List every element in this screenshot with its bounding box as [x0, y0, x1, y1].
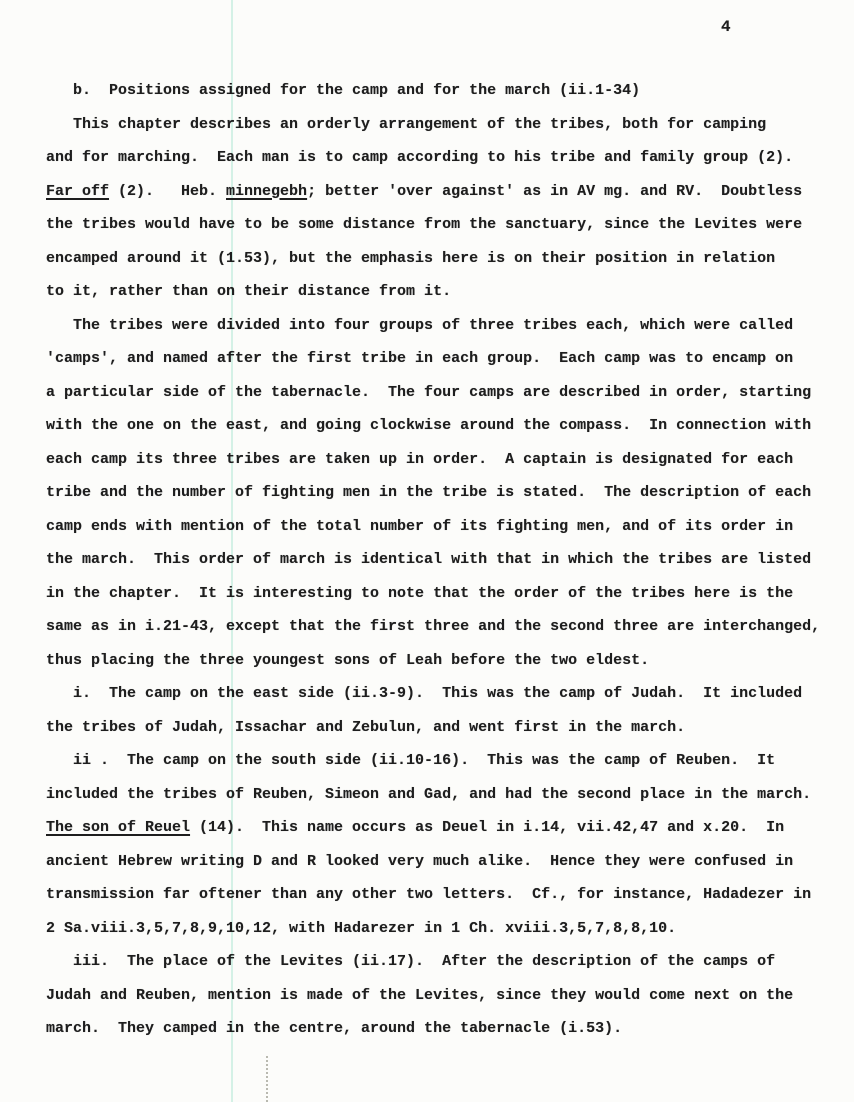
- text-line: This chapter describes an orderly arrang…: [46, 108, 836, 142]
- text-line: b. Positions assigned for the camp and f…: [46, 74, 836, 108]
- text-line: thus placing the three youngest sons of …: [46, 644, 836, 678]
- text-line: a particular side of the tabernacle. The…: [46, 376, 836, 410]
- underlined-term: Far off: [46, 183, 109, 200]
- text-segment: the tribes would have to be some distanc…: [46, 216, 802, 233]
- scan-dashed-mark: [266, 1056, 268, 1102]
- text-segment: The tribes were divided into four groups…: [46, 317, 793, 334]
- text-line: in the chapter. It is interesting to not…: [46, 577, 836, 611]
- text-segment: camp ends with mention of the total numb…: [46, 518, 793, 535]
- text-body: b. Positions assigned for the camp and f…: [46, 74, 836, 1046]
- text-segment: encamped around it (1.53), but the empha…: [46, 250, 775, 267]
- text-segment: to it, rather than on their distance fro…: [46, 283, 451, 300]
- text-line: the tribes would have to be some distanc…: [46, 208, 836, 242]
- text-segment: i. The camp on the east side (ii.3-9). T…: [46, 685, 802, 702]
- text-segment: Judah and Reuben, mention is made of the…: [46, 987, 793, 1004]
- page-number: 4: [721, 18, 731, 36]
- text-segment: included the tribes of Reuben, Simeon an…: [46, 786, 811, 803]
- text-line: with the one on the east, and going cloc…: [46, 409, 836, 443]
- text-segment: (14). This name occurs as Deuel in i.14,…: [190, 819, 784, 836]
- text-line: camp ends with mention of the total numb…: [46, 510, 836, 544]
- text-line: Far off (2). Heb. minnegebh; better 'ove…: [46, 175, 836, 209]
- text-line: The tribes were divided into four groups…: [46, 309, 836, 343]
- text-segment: (2). Heb.: [109, 183, 226, 200]
- text-segment: in the chapter. It is interesting to not…: [46, 585, 793, 602]
- text-segment: same as in i.21-43, except that the firs…: [46, 618, 820, 635]
- text-line: ancient Hebrew writing D and R looked ve…: [46, 845, 836, 879]
- text-line: the march. This order of march is identi…: [46, 543, 836, 577]
- text-segment: tribe and the number of fighting men in …: [46, 484, 811, 501]
- text-segment: the march. This order of march is identi…: [46, 551, 811, 568]
- text-line: to it, rather than on their distance fro…: [46, 275, 836, 309]
- text-segment: ii . The camp on the south side (ii.10-1…: [46, 752, 775, 769]
- text-segment: This chapter describes an orderly arrang…: [46, 116, 766, 133]
- text-line: Judah and Reuben, mention is made of the…: [46, 979, 836, 1013]
- text-segment: b. Positions assigned for the camp and f…: [46, 82, 640, 99]
- text-segment: march. They camped in the centre, around…: [46, 1020, 622, 1037]
- text-line: ii . The camp on the south side (ii.10-1…: [46, 744, 836, 778]
- text-segment: ancient Hebrew writing D and R looked ve…: [46, 853, 793, 870]
- text-segment: 'camps', and named after the first tribe…: [46, 350, 793, 367]
- text-line: same as in i.21-43, except that the firs…: [46, 610, 836, 644]
- text-line: march. They camped in the centre, around…: [46, 1012, 836, 1046]
- text-line: transmission far oftener than any other …: [46, 878, 836, 912]
- text-line: encamped around it (1.53), but the empha…: [46, 242, 836, 276]
- text-line: the tribes of Judah, Issachar and Zebulu…: [46, 711, 836, 745]
- text-line: tribe and the number of fighting men in …: [46, 476, 836, 510]
- text-line: included the tribes of Reuben, Simeon an…: [46, 778, 836, 812]
- text-line: The son of Reuel (14). This name occurs …: [46, 811, 836, 845]
- text-segment: 2 Sa.viii.3,5,7,8,9,10,12, with Hadareze…: [46, 920, 676, 937]
- text-segment: thus placing the three youngest sons of …: [46, 652, 649, 669]
- text-segment: a particular side of the tabernacle. The…: [46, 384, 811, 401]
- underlined-term: The son of Reuel: [46, 819, 190, 836]
- text-segment: each camp its three tribes are taken up …: [46, 451, 793, 468]
- text-segment: iii. The place of the Levites (ii.17). A…: [46, 953, 775, 970]
- text-line: 'camps', and named after the first tribe…: [46, 342, 836, 376]
- text-segment: ; better 'over against' as in AV mg. and…: [307, 183, 802, 200]
- text-segment: with the one on the east, and going cloc…: [46, 417, 811, 434]
- underlined-term: minnegebh: [226, 183, 307, 200]
- text-segment: and for marching. Each man is to camp ac…: [46, 149, 793, 166]
- text-line: iii. The place of the Levites (ii.17). A…: [46, 945, 836, 979]
- text-segment: transmission far oftener than any other …: [46, 886, 811, 903]
- text-line: i. The camp on the east side (ii.3-9). T…: [46, 677, 836, 711]
- text-segment: the tribes of Judah, Issachar and Zebulu…: [46, 719, 685, 736]
- scanned-document-page: 4 b. Positions assigned for the camp and…: [0, 0, 854, 1102]
- text-line: and for marching. Each man is to camp ac…: [46, 141, 836, 175]
- text-line: each camp its three tribes are taken up …: [46, 443, 836, 477]
- text-line: 2 Sa.viii.3,5,7,8,9,10,12, with Hadareze…: [46, 912, 836, 946]
